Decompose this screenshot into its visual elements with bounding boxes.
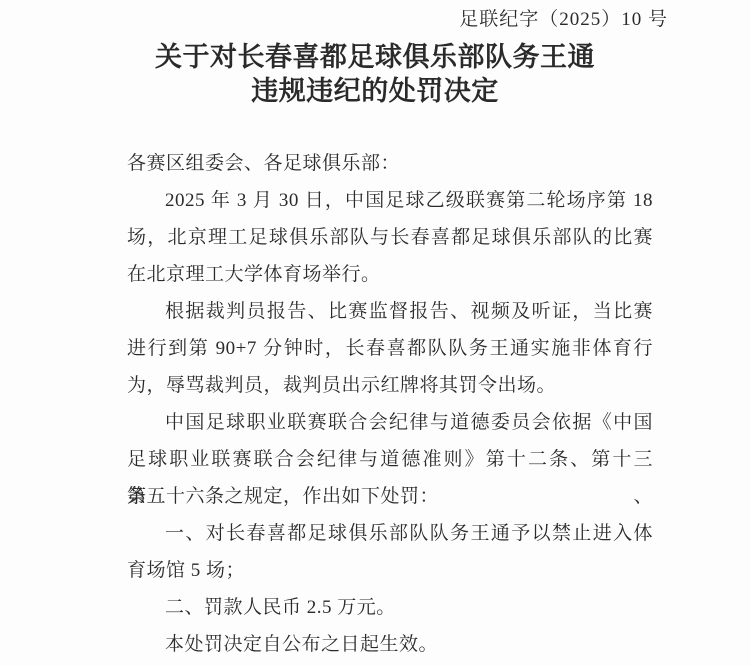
body-lines-container: 2025 年 3 月 30 日，中国足球乙级联赛第二轮场序第 18场，北京理工足… <box>127 182 653 663</box>
body-line: 在北京理工大学体育场举行。 <box>127 256 653 293</box>
body-line: 本处罚决定自公布之日起生效。 <box>127 626 653 663</box>
salutation-line: 各赛区组委会、各足球俱乐部： <box>127 145 653 182</box>
body-line: 为，辱骂裁判员，裁判员出示红牌将其罚令出场。 <box>127 367 653 404</box>
body-line: 育场馆 5 场； <box>127 552 653 589</box>
body-line: 根据裁判员报告、比赛监督报告、视频及听证，当比赛 <box>127 293 653 330</box>
body-line: 2025 年 3 月 30 日，中国足球乙级联赛第二轮场序第 18 <box>127 182 653 219</box>
document-title-line-1: 关于对长春喜都足球俱乐部队务王通 <box>0 40 750 74</box>
body-line: 足球职业联赛联合会纪律与道德准则》第十二条、第十三条、 <box>127 441 653 478</box>
document-body: 各赛区组委会、各足球俱乐部： 2025 年 3 月 30 日，中国足球乙级联赛第… <box>127 145 653 663</box>
body-line: 一、对长春喜都足球俱乐部队队务王通予以禁止进入体 <box>127 515 653 552</box>
document-page: 足联纪字（2025）10 号 关于对长春喜都足球俱乐部队务王通 违规违纪的处罚决… <box>0 0 750 666</box>
document-title-line-2: 违规违纪的处罚决定 <box>0 74 750 108</box>
document-title: 关于对长春喜都足球俱乐部队务王通 违规违纪的处罚决定 <box>0 40 750 108</box>
body-line: 二、罚款人民币 2.5 万元。 <box>127 589 653 626</box>
body-line: 中国足球职业联赛联合会纪律与道德委员会依据《中国 <box>127 404 653 441</box>
document-reference-number: 足联纪字（2025）10 号 <box>459 8 668 32</box>
body-line: 进行到第 90+7 分钟时，长春喜都队队务王通实施非体育行 <box>127 330 653 367</box>
body-line: 场，北京理工足球俱乐部队与长春喜都足球俱乐部队的比赛 <box>127 219 653 256</box>
